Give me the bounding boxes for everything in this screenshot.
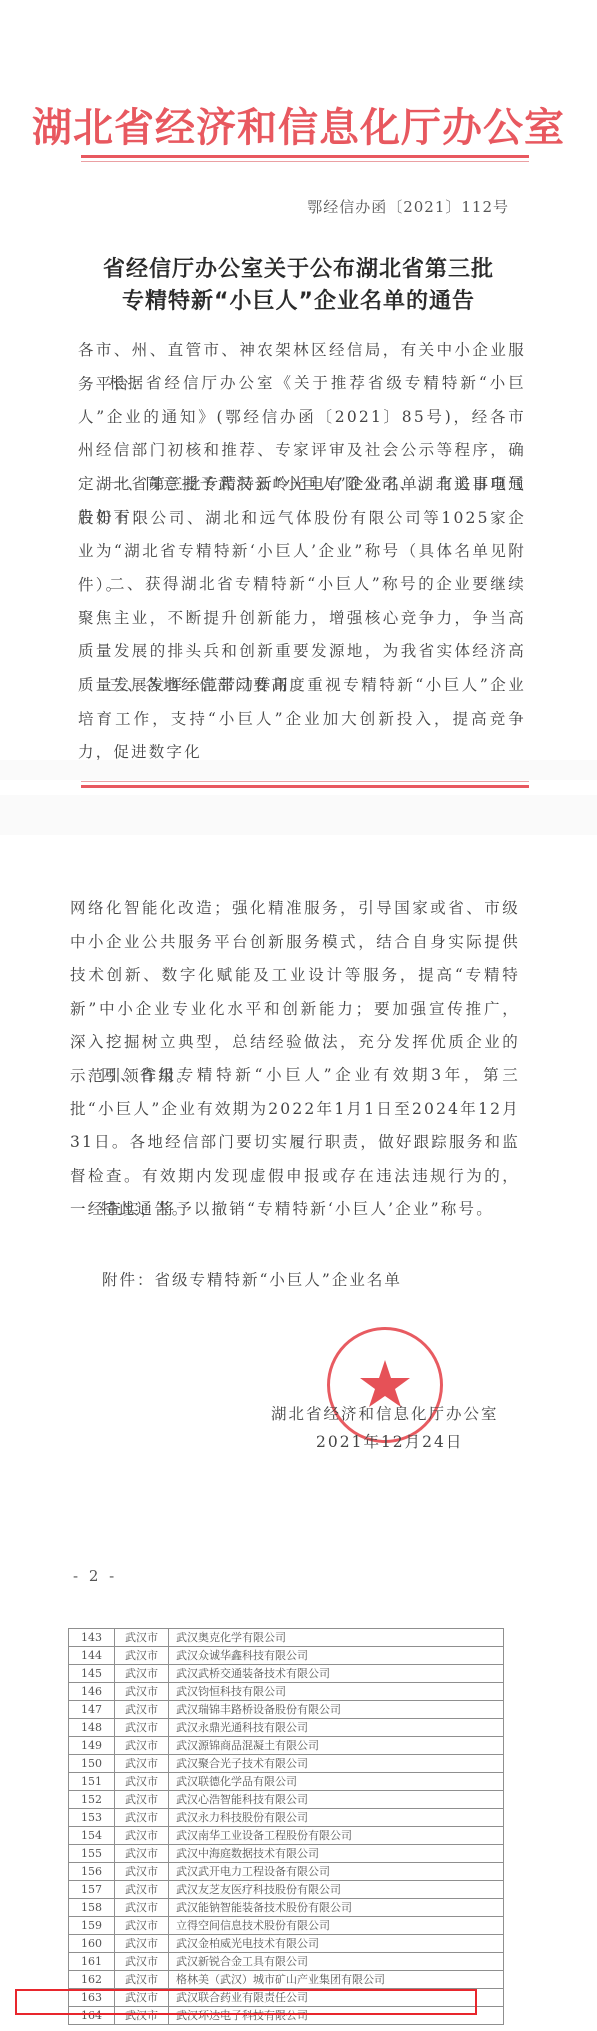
issuer-header-title: 湖北省经济和信息化厅办公室 bbox=[0, 96, 597, 153]
row-number: 153 bbox=[69, 1809, 115, 1827]
row-city: 武汉市 bbox=[115, 1827, 169, 1845]
table-row: 144武汉市武汉众诚华鑫科技有限公司 bbox=[69, 1647, 504, 1665]
row-company-name: 武汉新锐合金工具有限公司 bbox=[169, 1953, 504, 1971]
signature-organization: 湖北省经济和信息化厅办公室 bbox=[271, 1402, 499, 1424]
row-company-name: 武汉金柏威光电技术有限公司 bbox=[169, 1935, 504, 1953]
row-number: 151 bbox=[69, 1773, 115, 1791]
table-row: 148武汉市武汉永鼎光通科技有限公司 bbox=[69, 1719, 504, 1737]
row-number: 159 bbox=[69, 1917, 115, 1935]
row-number: 143 bbox=[69, 1629, 115, 1647]
notice-title-line-2: 专精特新“小巨人”企业名单的通告 bbox=[0, 284, 597, 315]
row-company-name: 武汉聚合光子技术有限公司 bbox=[169, 1755, 504, 1773]
notice-title-line-1: 省经信厅办公室关于公布湖北省第三批 bbox=[0, 252, 597, 283]
row-city: 武汉市 bbox=[115, 1809, 169, 1827]
row-number: 161 bbox=[69, 1953, 115, 1971]
row-number: 145 bbox=[69, 1665, 115, 1683]
row-city: 武汉市 bbox=[115, 1971, 169, 1989]
row-company-name: 武汉友芝友医疗科技股份有限公司 bbox=[169, 1881, 504, 1899]
table-row: 157武汉市武汉友芝友医疗科技股份有限公司 bbox=[69, 1881, 504, 1899]
row-number: 147 bbox=[69, 1701, 115, 1719]
row-number: 155 bbox=[69, 1845, 115, 1863]
row-number: 156 bbox=[69, 1863, 115, 1881]
official-seal bbox=[327, 1327, 443, 1443]
row-number: 144 bbox=[69, 1647, 115, 1665]
table-row: 143武汉市武汉奥克化学有限公司 bbox=[69, 1629, 504, 1647]
page-break-band-2 bbox=[0, 795, 597, 835]
row-city: 武汉市 bbox=[115, 1917, 169, 1935]
row-number: 149 bbox=[69, 1737, 115, 1755]
paragraph-item-3-start: 三、各地经信部门要高度重视专精特新“小巨人”企业培育工作，支持“小巨人”企业加大… bbox=[78, 669, 526, 770]
footer-red-rule bbox=[81, 785, 529, 788]
row-company-name: 武汉奥克化学有限公司 bbox=[169, 1629, 504, 1647]
table-row: 158武汉市武汉能钠智能装备技术股份有限公司 bbox=[69, 1899, 504, 1917]
table-row: 153武汉市武汉永力科技股份有限公司 bbox=[69, 1809, 504, 1827]
row-number: 152 bbox=[69, 1791, 115, 1809]
table-row: 147武汉市武汉瑞锦丰路桥设备股份有限公司 bbox=[69, 1701, 504, 1719]
row-city: 武汉市 bbox=[115, 1845, 169, 1863]
table-row: 154武汉市武汉南华工业设备工程股份有限公司 bbox=[69, 1827, 504, 1845]
row-company-name: 武汉众诚华鑫科技有限公司 bbox=[169, 1647, 504, 1665]
table-row: 151武汉市武汉联德化学品有限公司 bbox=[69, 1773, 504, 1791]
row-number: 146 bbox=[69, 1683, 115, 1701]
table-row: 155武汉市武汉中海庭数据技术有限公司 bbox=[69, 1845, 504, 1863]
header-red-rule-thin bbox=[81, 161, 529, 162]
table-row: 162武汉市格林美（武汉）城市矿山产业集团有限公司 bbox=[69, 1971, 504, 1989]
row-number: 162 bbox=[69, 1971, 115, 1989]
row-number: 158 bbox=[69, 1899, 115, 1917]
row-company-name: 武汉联德化学品有限公司 bbox=[169, 1773, 504, 1791]
row-company-name: 武汉钧恒科技有限公司 bbox=[169, 1683, 504, 1701]
row-company-name: 武汉能钠智能装备技术股份有限公司 bbox=[169, 1899, 504, 1917]
row-city: 武汉市 bbox=[115, 1665, 169, 1683]
table-row: 160武汉市武汉金柏威光电技术有限公司 bbox=[69, 1935, 504, 1953]
row-city: 武汉市 bbox=[115, 1701, 169, 1719]
row-city: 武汉市 bbox=[115, 1755, 169, 1773]
row-number: 160 bbox=[69, 1935, 115, 1953]
page-number: - 2 - bbox=[73, 1567, 117, 1585]
table-row: 161武汉市武汉新锐合金工具有限公司 bbox=[69, 1953, 504, 1971]
closing-statement: 特此通告。 bbox=[70, 1193, 520, 1227]
highlighted-row-box bbox=[15, 1989, 477, 2015]
row-company-name: 武汉永鼎光通科技有限公司 bbox=[169, 1719, 504, 1737]
table-row: 159武汉市立得空间信息技术股份有限公司 bbox=[69, 1917, 504, 1935]
row-city: 武汉市 bbox=[115, 1935, 169, 1953]
row-company-name: 武汉中海庭数据技术有限公司 bbox=[169, 1845, 504, 1863]
page-break-band bbox=[0, 760, 597, 780]
table-row: 145武汉市武汉武桥交通装备技术有限公司 bbox=[69, 1665, 504, 1683]
row-company-name: 武汉瑞锦丰路桥设备股份有限公司 bbox=[169, 1701, 504, 1719]
footer-red-rule-thin bbox=[81, 781, 529, 782]
enterprise-roster-table: 143武汉市武汉奥克化学有限公司144武汉市武汉众诚华鑫科技有限公司145武汉市… bbox=[68, 1628, 504, 2025]
row-number: 157 bbox=[69, 1881, 115, 1899]
row-company-name: 立得空间信息技术股份有限公司 bbox=[169, 1917, 504, 1935]
row-company-name: 武汉武开电力工程设备有限公司 bbox=[169, 1863, 504, 1881]
row-city: 武汉市 bbox=[115, 1647, 169, 1665]
row-city: 武汉市 bbox=[115, 1791, 169, 1809]
row-city: 武汉市 bbox=[115, 1629, 169, 1647]
table-row: 156武汉市武汉武开电力工程设备有限公司 bbox=[69, 1863, 504, 1881]
row-city: 武汉市 bbox=[115, 1683, 169, 1701]
table-row: 152武汉市武汉心浩智能科技有限公司 bbox=[69, 1791, 504, 1809]
row-number: 150 bbox=[69, 1755, 115, 1773]
row-city: 武汉市 bbox=[115, 1719, 169, 1737]
header-red-rule bbox=[81, 155, 529, 158]
row-city: 武汉市 bbox=[115, 1881, 169, 1899]
row-number: 148 bbox=[69, 1719, 115, 1737]
row-city: 武汉市 bbox=[115, 1737, 169, 1755]
document-number: 鄂经信办函〔2021〕112号 bbox=[307, 196, 509, 217]
signature-date: 2021年12月24日 bbox=[316, 1430, 463, 1452]
row-city: 武汉市 bbox=[115, 1899, 169, 1917]
row-city: 武汉市 bbox=[115, 1863, 169, 1881]
row-city: 武汉市 bbox=[115, 1773, 169, 1791]
row-company-name: 武汉南华工业设备工程股份有限公司 bbox=[169, 1827, 504, 1845]
table-row: 146武汉市武汉钧恒科技有限公司 bbox=[69, 1683, 504, 1701]
row-company-name: 武汉心浩智能科技有限公司 bbox=[169, 1791, 504, 1809]
attachment-note: 附件：省级专精特新“小巨人”企业名单 bbox=[102, 1268, 402, 1290]
row-company-name: 武汉武桥交通装备技术有限公司 bbox=[169, 1665, 504, 1683]
row-number: 154 bbox=[69, 1827, 115, 1845]
row-city: 武汉市 bbox=[115, 1953, 169, 1971]
table-row: 150武汉市武汉聚合光子技术有限公司 bbox=[69, 1755, 504, 1773]
row-company-name: 武汉永力科技股份有限公司 bbox=[169, 1809, 504, 1827]
table-row: 149武汉市武汉源锦商品混凝土有限公司 bbox=[69, 1737, 504, 1755]
row-company-name: 武汉源锦商品混凝土有限公司 bbox=[169, 1737, 504, 1755]
row-company-name: 格林美（武汉）城市矿山产业集团有限公司 bbox=[169, 1971, 504, 1989]
